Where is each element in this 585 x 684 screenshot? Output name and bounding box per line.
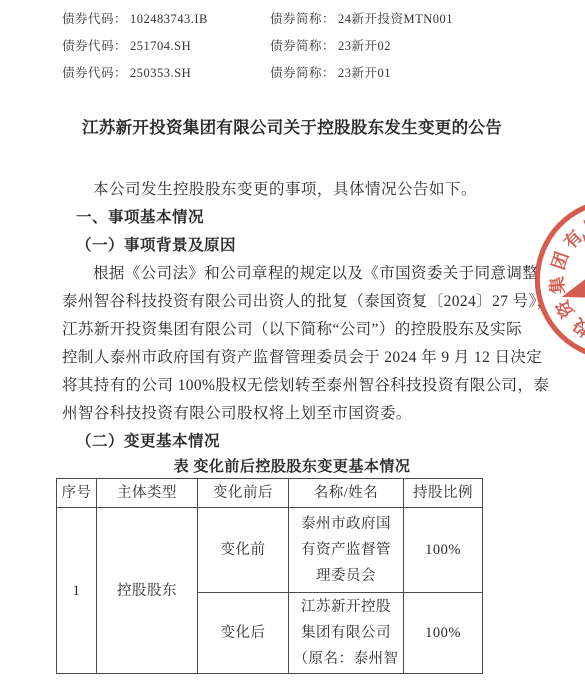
table-row-before: 1 控股股东 变化前 泰州市政府国有资产监督管理委员会 100% bbox=[57, 508, 483, 593]
name-line: （原名：泰州智 bbox=[289, 646, 403, 672]
name-line: 江苏新开控股 bbox=[289, 594, 403, 620]
table-header-row: 序号 主体类型 变化前后 名称/姓名 持股比例 bbox=[57, 479, 483, 508]
bond-row: 债券代码：250353.SH债券简称：23新开01 bbox=[62, 63, 522, 90]
bond-code-value: 102483743.IB bbox=[130, 12, 208, 26]
bond-row: 债券代码：102483743.IB债券简称：24新开投资MTN001 bbox=[62, 9, 522, 36]
bond-abbr-value: 24新开投资MTN001 bbox=[338, 12, 453, 26]
bond-abbr-value: 23新开01 bbox=[338, 66, 391, 80]
stage-after-cell: 变化后 bbox=[198, 593, 289, 674]
ratio-before-cell: 100% bbox=[404, 508, 483, 593]
header-index: 序号 bbox=[57, 479, 97, 508]
bond-abbr: 债券简称：24新开投资MTN001 bbox=[270, 9, 522, 36]
name-after-cell: 江苏新开控股集团有限公司（原名：泰州智 bbox=[289, 593, 404, 674]
header-name: 名称/姓名 bbox=[289, 479, 404, 508]
name-line: 理委员会 bbox=[289, 563, 403, 589]
subsection-heading-1-1: （一）事项背景及原因 bbox=[62, 232, 522, 260]
body-paragraph: 根据《公司法》和公司章程的规定以及《市国资委关于同意调整泰州智谷科技投资有限公司… bbox=[62, 260, 522, 428]
bond-code: 债券代码：102483743.IB bbox=[62, 9, 270, 36]
name-before-cell: 泰州市政府国有资产监督管理委员会 bbox=[289, 508, 404, 593]
intro-paragraph: 本公司发生控股股东变更的事项，具体情况公告如下。 bbox=[62, 176, 522, 204]
subsection-heading-1-2: （二）变更基本情况 bbox=[62, 428, 522, 456]
bond-abbr-label: 债券简称： bbox=[270, 66, 335, 80]
bond-code: 债券代码：251704.SH bbox=[62, 36, 270, 63]
document-page: 债券代码：102483743.IB债券简称：24新开投资MTN001债券代码：2… bbox=[0, 0, 585, 684]
bond-code: 债券代码：250353.SH bbox=[62, 63, 270, 90]
seal-star-icon bbox=[545, 214, 585, 348]
paragraph-line: 州智谷科技投资有限公司股权将上划至市国资委。 bbox=[62, 400, 522, 428]
stage-before-cell: 变化前 bbox=[198, 508, 289, 593]
name-line: 集团有限公司 bbox=[289, 620, 403, 646]
bond-code-label: 债券代码： bbox=[62, 12, 127, 26]
document-content: 债券代码：102483743.IB债券简称：24新开投资MTN001债券代码：2… bbox=[62, 0, 522, 674]
bond-code-value: 251704.SH bbox=[130, 39, 191, 53]
header-subject-type: 主体类型 bbox=[97, 479, 198, 508]
table-caption: 表 变化前后控股股东变更基本情况 bbox=[62, 456, 522, 478]
document-title: 江苏新开投资集团有限公司关于控股股东发生变更的公告 bbox=[62, 116, 522, 140]
index-cell: 1 bbox=[57, 508, 97, 674]
bond-abbr-value: 23新开02 bbox=[338, 39, 391, 53]
paragraph-line: 将其持有的公司 100%股权无偿划转至泰州智谷科技投资有限公司，泰 bbox=[62, 372, 522, 400]
bond-code-label: 债券代码： bbox=[62, 66, 127, 80]
shareholder-change-table: 序号 主体类型 变化前后 名称/姓名 持股比例 1 控股股东 变化前 泰州市政府… bbox=[56, 478, 483, 674]
subject-type-cell: 控股股东 bbox=[97, 508, 198, 674]
bond-code-label: 债券代码： bbox=[62, 39, 127, 53]
paragraph-line: 根据《公司法》和公司章程的规定以及《市国资委关于同意调整 bbox=[62, 260, 522, 288]
bond-code-value: 250353.SH bbox=[130, 66, 191, 80]
bond-abbr-label: 债券简称： bbox=[270, 12, 335, 26]
bond-header: 债券代码：102483743.IB债券简称：24新开投资MTN001债券代码：2… bbox=[62, 0, 522, 90]
bond-abbr: 债券简称：23新开01 bbox=[270, 63, 522, 90]
name-line: 有资产监督管 bbox=[289, 537, 403, 563]
ratio-after-cell: 100% bbox=[404, 593, 483, 674]
seal-character: 团 bbox=[548, 249, 573, 272]
header-ratio: 持股比例 bbox=[404, 479, 483, 508]
document-body: 本公司发生控股股东变更的事项，具体情况公告如下。 一、事项基本情况 （一）事项背… bbox=[62, 176, 522, 674]
bond-row: 债券代码：251704.SH债券简称：23新开02 bbox=[62, 36, 522, 63]
paragraph-line: 控制人泰州市政府国有资产监督管理委员会于 2024 年 9 月 12 日决定 bbox=[62, 344, 522, 372]
header-stage: 变化前后 bbox=[198, 479, 289, 508]
paragraph-line: 泰州智谷科技投资有限公司出资人的批复（泰国资复〔2024〕27 号》， bbox=[62, 288, 522, 316]
bond-abbr: 债券简称：23新开02 bbox=[270, 36, 522, 63]
seal-character: 资 bbox=[552, 296, 578, 322]
paragraph-line: 江苏新开投资集团有限公司（以下简称“公司”）的控股股东及实际 bbox=[62, 316, 522, 344]
seal-character: 有 bbox=[560, 226, 585, 253]
bond-abbr-label: 债券简称： bbox=[270, 39, 335, 53]
section-heading-1: 一、事项基本情况 bbox=[62, 204, 522, 232]
seal-character: 投 bbox=[569, 314, 585, 341]
name-line: 泰州市政府国 bbox=[289, 511, 403, 537]
